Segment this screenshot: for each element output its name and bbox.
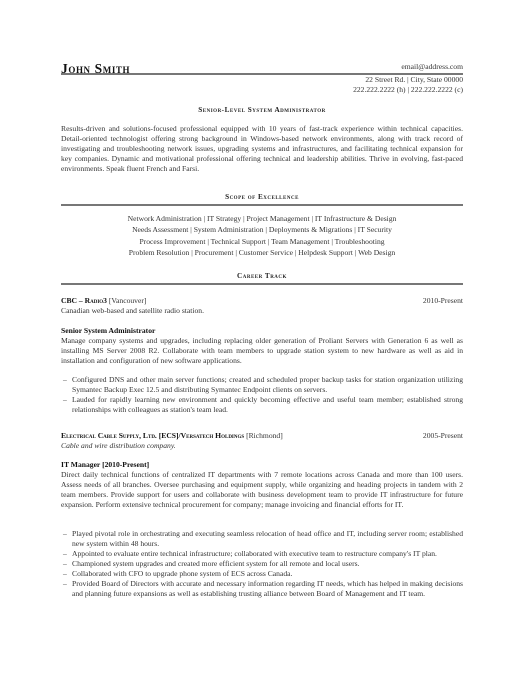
company-location: [Richmond]: [246, 431, 283, 440]
skills-list: Network Administration | IT Strategy | P…: [61, 213, 463, 258]
skills-line: Process Improvement | Technical Support …: [61, 236, 463, 247]
job-title: Senior System Administrator: [61, 326, 463, 336]
achievement-item: Played pivotal role in orchestrating and…: [61, 529, 463, 549]
resume-header: John Smith email@address.com: [61, 0, 463, 74]
headline: Senior-Level System Administrator: [61, 106, 463, 114]
skills-line: Network Administration | IT Strategy | P…: [61, 213, 463, 224]
role-summary: Manage company systems and upgrades, inc…: [61, 336, 463, 366]
company-name: CBC – Radio3: [61, 296, 107, 305]
role-summary: Direct daily technical functions of cent…: [61, 470, 463, 510]
achievement-item: Provided Board of Directors with accurat…: [61, 579, 463, 599]
job-dates: 2010-Present: [423, 296, 463, 306]
scope-title: Scope of Excellence: [61, 193, 463, 201]
email-address: email@address.com: [401, 62, 463, 71]
company-description: Canadian web-based and satellite radio s…: [61, 306, 463, 316]
resume-page: John Smith email@address.com 22 Street R…: [61, 0, 463, 74]
job-title: IT Manager [2010-Present]: [61, 460, 463, 470]
achievement-item: Championed system upgrades and created m…: [61, 559, 463, 569]
achievement-item: Collaborated with CFO to upgrade phone s…: [61, 569, 463, 579]
skills-line: Problem Resolution | Procurement | Custo…: [61, 247, 463, 258]
career-title: Career Track: [61, 272, 463, 280]
company-name: Electrical Cable Supply, Ltd. [ECS]/Vers…: [61, 431, 244, 440]
achievement-item: Appointed to evaluate entire technical i…: [61, 549, 463, 559]
street-address: 22 Street Rd. | City, State 00000: [353, 75, 463, 85]
phone-numbers: 222.222.2222 (h) | 222.222.2222 (c): [353, 85, 463, 95]
achievement-item: Lauded for rapidly learning new environm…: [61, 395, 463, 415]
contact-block: 22 Street Rd. | City, State 00000 222.22…: [353, 75, 463, 94]
skills-line: Needs Assessment | System Administration…: [61, 224, 463, 235]
scope-divider: [61, 204, 463, 206]
job-dates: 2005-Present: [423, 431, 463, 441]
professional-summary: Results-driven and solutions-focused pro…: [61, 124, 463, 174]
company-location: [Vancouver]: [109, 296, 147, 305]
company-description: Cable and wire distribution company.: [61, 441, 463, 451]
achievement-item: Configured DNS and other main server fun…: [61, 375, 463, 395]
achievement-list: Configured DNS and other main server fun…: [61, 375, 463, 415]
achievement-list: Played pivotal role in orchestrating and…: [61, 529, 463, 599]
career-divider: [61, 283, 463, 285]
